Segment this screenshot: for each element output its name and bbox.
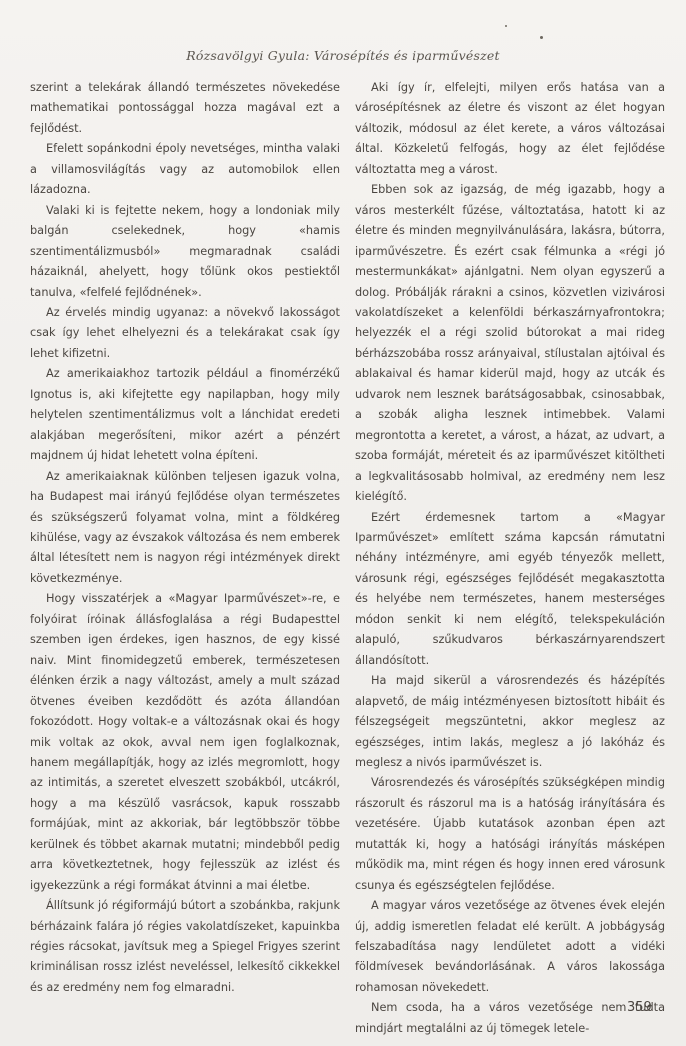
paragraph: Efelett sopánkodni époly nevetséges, min… [30,139,340,200]
right-column: Aki így ír, elfelejti, milyen erős hatás… [355,78,665,1039]
scanned-page: Rózsavölgyi Gyula: Városépítés és iparmű… [0,0,686,1046]
paragraph: A magyar város vezetősége az ötvenes éve… [355,896,665,998]
paragraph: Állítsunk jó régiformájú bútort a szobán… [30,896,340,998]
running-title: Rózsavölgyi Gyula: Városépítés és iparmű… [0,48,686,63]
paragraph: Aki így ír, elfelejti, milyen erős hatás… [355,78,665,180]
ink-speck [540,36,543,39]
paragraph: Az amerikaiakhoz tartozik például a fino… [30,364,340,466]
paragraph: Városrendezés és városépítés szükségképe… [355,773,665,896]
page-number: 359 [627,1000,652,1015]
paragraph: Ebben sok az igazság, de még igazabb, ho… [355,180,665,507]
paragraph: szerint a telekárak állandó természetes … [30,78,340,139]
left-column: szerint a telekárak állandó természetes … [30,78,340,998]
paragraph: Az érvelés mindig ugyanaz: a növekvő lak… [30,303,340,364]
paragraph: Az amerikaiaknak különben teljesen igazu… [30,467,340,590]
paragraph: Nem csoda, ha a város vezetősége nem tud… [355,998,665,1039]
paragraph: Valaki ki is fejtette nekem, hogy a lond… [30,201,340,303]
paragraph: Ezért érdemesnek tartom a «Magyar Iparmű… [355,508,665,672]
paragraph: Ha majd sikerül a városrendezés és házép… [355,671,665,773]
paragraph: Hogy visszatérjek a «Magyar Iparművészet… [30,589,340,896]
ink-speck [505,25,507,27]
